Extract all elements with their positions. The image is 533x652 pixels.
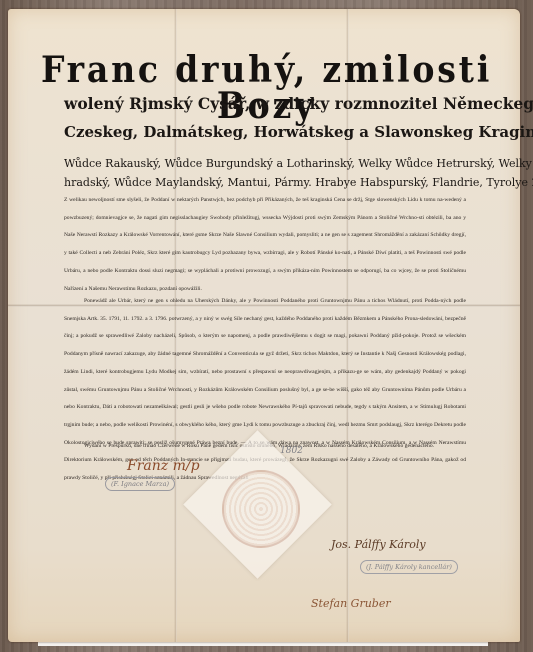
signature-right-2: Stefan Gruber [311,597,391,610]
signature-right-1: Jos. Pálffy Károly [331,538,426,551]
signature-left: Franz m/p [127,458,200,474]
embossed-seal-icon [222,470,300,548]
document-title: Franc druhý, zmilosti Bozy [21,52,511,124]
subtitle-line-4: hradský, Wůdce Maylandský, Mantui, Pármy… [64,176,464,189]
subtitle-line-1: wolený Rjmský Cysář, w zdicky rozmnozite… [64,94,464,113]
handwritten-year: 1802 [280,446,303,456]
subtitle-line-2: Czeskeg, Dalmátskeg, Horwátskeg a Slawon… [64,123,464,141]
pencil-note-left: (F. Ignace Marza) [105,477,175,491]
body-paragraph-1: Z welikau newoljností sme slyšeli, že Po… [64,192,466,298]
pencil-note-right: (J. Pálffy Károly kancellár) [360,560,458,574]
subtitle-line-3: Wůdce Rakauský, Wůdce Burgundský a Lotha… [64,157,464,170]
